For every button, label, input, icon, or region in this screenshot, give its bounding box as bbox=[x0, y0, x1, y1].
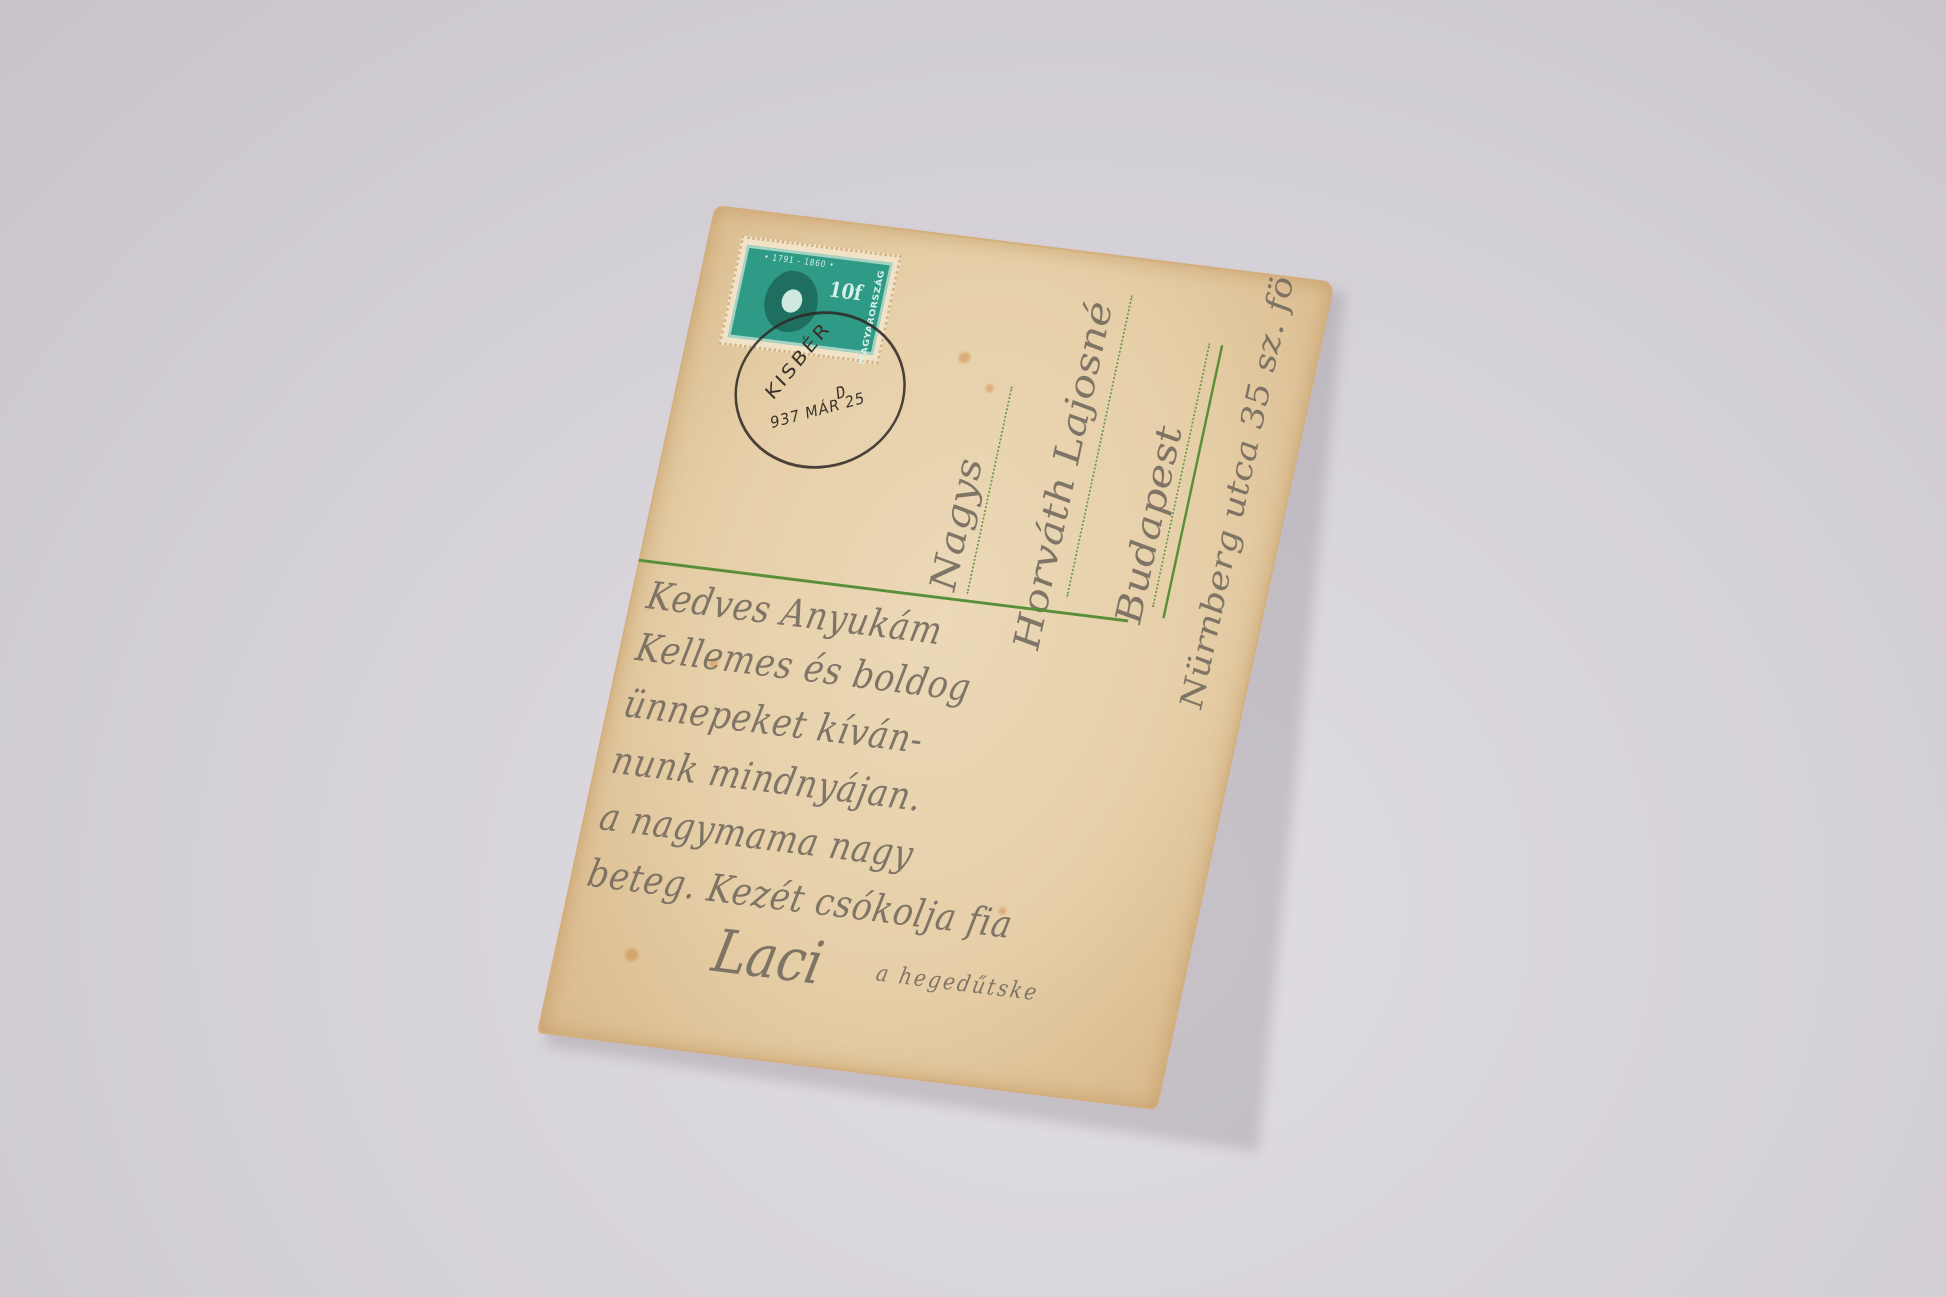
stain bbox=[985, 384, 995, 393]
address-line-3: Budapest bbox=[1107, 424, 1191, 626]
photo-scene: • 1791 - 1860 • 10f MAGYARORSZÁG KISBÉR … bbox=[0, 0, 1946, 1297]
stain bbox=[624, 948, 640, 963]
postmark-town: KISBÉR bbox=[762, 317, 835, 404]
postmark-date: 937 MÁR 25 bbox=[770, 389, 866, 433]
stain bbox=[958, 351, 972, 364]
signature: Laci bbox=[707, 916, 830, 998]
postscript: a hegedűtske bbox=[874, 960, 1042, 1006]
stamp-value: 10f bbox=[826, 277, 864, 306]
stamp-years: • 1791 - 1860 • bbox=[763, 253, 835, 271]
address-line-2: Horváth Lajosné bbox=[1005, 299, 1121, 652]
postmark-code: D bbox=[835, 382, 846, 404]
